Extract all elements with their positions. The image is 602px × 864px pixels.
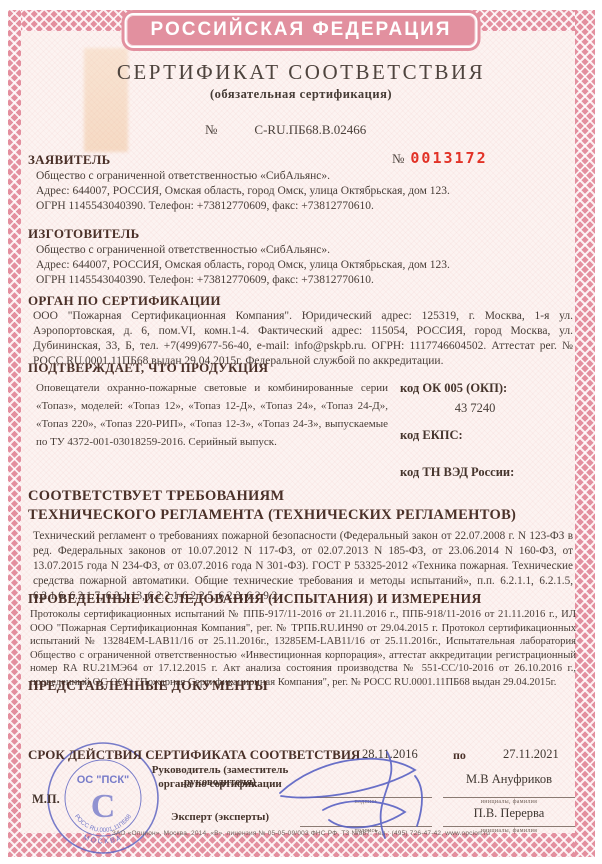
compliance-heading-1: СООТВЕТСТВУЕТ ТРЕБОВАНИЯМ: [28, 488, 284, 505]
applicant-heading: ЗАЯВИТЕЛЬ: [28, 152, 111, 168]
tests-text: Протоколы сертификационных испытаний № П…: [30, 608, 576, 689]
manufacturer-line: Общество с ограниченной ответственностью…: [36, 243, 556, 258]
country-badge: РОССИЙСКАЯ ФЕДЕРАЦИЯ: [125, 13, 478, 48]
border-left: [8, 10, 21, 857]
okp-code-value: 43 7240: [400, 401, 550, 416]
applicant-line: Адрес: 644007, РОССИЯ, Омская область, г…: [36, 184, 556, 199]
blank-number-digits: 0013172: [410, 149, 487, 167]
border-right: [575, 10, 595, 857]
signature-scribble: [265, 748, 475, 840]
certificate-number-row: № C-RU.ПБ68.В.02466: [205, 122, 366, 138]
ekps-code-label: код ЕКПС:: [400, 428, 463, 443]
product-heading: ПОДТВЕРЖДАЕТ, ЧТО ПРОДУКЦИЯ: [28, 360, 268, 376]
stamp-monogram: С: [91, 788, 116, 825]
page-title: СЕРТИФИКАТ СООТВЕТСТВИЯ: [0, 60, 602, 85]
certificate-page: РОССИЙСКАЯ ФЕДЕРАЦИЯ СЕРТИФИКАТ СООТВЕТС…: [0, 0, 602, 864]
applicant-line: Общество с ограниченной ответственностью…: [36, 169, 556, 184]
tests-heading: ПРОВЕДЕННЫЕ ИССЛЕДОВАНИЯ (ИСПЫТАНИЯ) И И…: [28, 591, 482, 607]
documents-heading: ПРЕДСТАВЛЕННЫЕ ДОКУМЕНТЫ: [28, 678, 268, 694]
manufacturer-heading: ИЗГОТОВИТЕЛЬ: [28, 226, 139, 242]
cert-body-heading: ОРГАН ПО СЕРТИФИКАЦИИ: [28, 293, 221, 309]
blank-number: №0013172: [392, 149, 488, 167]
certificate-number: C-RU.ПБ68.В.02466: [254, 122, 366, 138]
applicant-line: ОГРН 1145543040390. Телефон: +7381277060…: [36, 199, 556, 214]
okp-code-label: код ОК 005 (ОКП):: [400, 381, 507, 396]
mp-label: М.П.: [32, 792, 60, 807]
tnved-code-label: код ТН ВЭД России:: [400, 465, 514, 480]
page-subtitle: (обязательная сертификация): [0, 87, 602, 102]
applicant-block: Общество с ограниченной ответственностью…: [36, 169, 556, 214]
compliance-heading-2: ТЕХНИЧЕСКОГО РЕГЛАМЕНТА (ТЕХНИЧЕСКИХ РЕГ…: [28, 507, 516, 524]
validity-to-date: 27.11.2021: [503, 747, 559, 762]
blank-number-label: №: [392, 151, 404, 166]
manufacturer-line: ОГРН 1145543040390. Телефон: +7381277060…: [36, 273, 556, 288]
product-description: Оповещатели охранно-пожарные световые и …: [36, 379, 388, 451]
certificate-number-label: №: [205, 122, 217, 138]
manufacturer-line: Адрес: 644007, РОССИЯ, Омская область, г…: [36, 258, 556, 273]
manufacturer-block: Общество с ограниченной ответственностью…: [36, 243, 556, 288]
